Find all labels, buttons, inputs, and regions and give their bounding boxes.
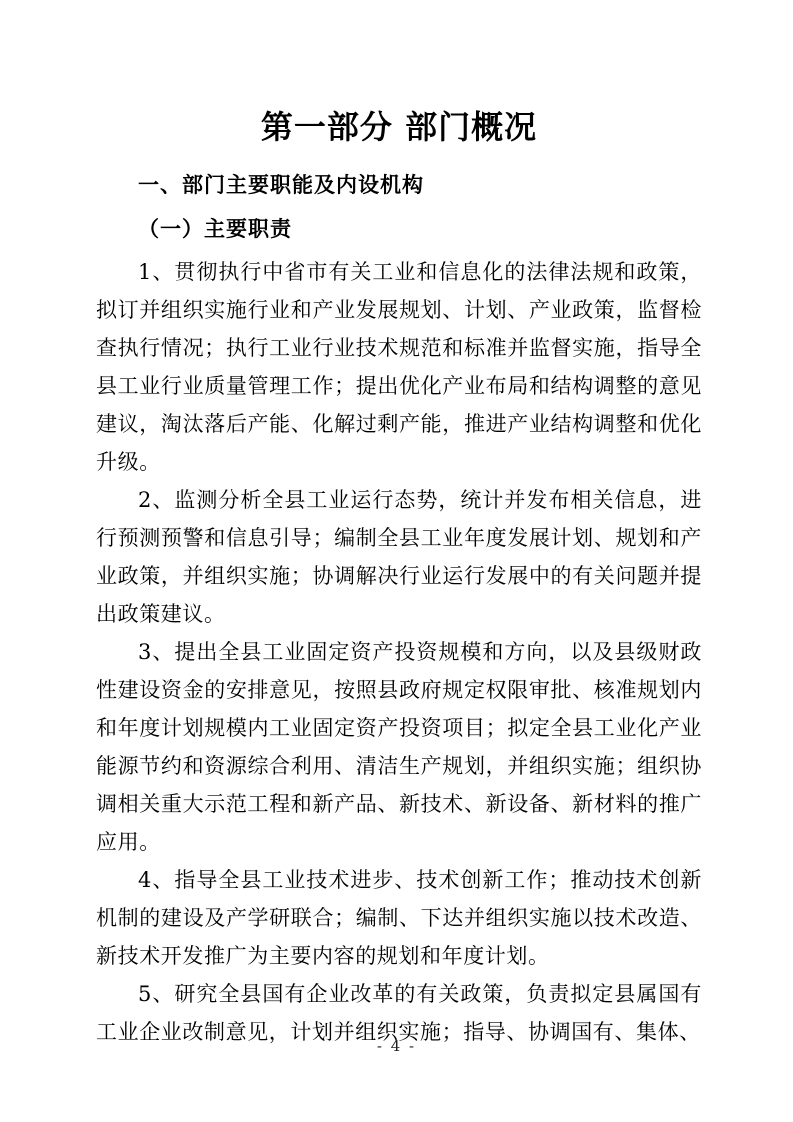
section-heading: 一、部门主要职能及内设机构: [96, 171, 702, 201]
document-page: 第一部分 部门概况 一、部门主要职能及内设机构 （一）主要职责 1、贯彻执行中省…: [0, 0, 793, 1122]
page-number: - 4 -: [0, 1036, 793, 1056]
paragraph-1: 1、贯彻执行中省市有关工业和信息化的法律法规和政策，拟订并组织实施行业和产业发展…: [96, 253, 702, 481]
paragraph-4: 4、指导全县工业技术进步、技术创新工作；推动技术创新机制的建设及产学研联合；编制…: [96, 861, 702, 975]
body-text: 1、贯彻执行中省市有关工业和信息化的法律法规和政策，拟订并组织实施行业和产业发展…: [96, 253, 702, 1051]
document-content: 第一部分 部门概况 一、部门主要职能及内设机构 （一）主要职责 1、贯彻执行中省…: [96, 0, 702, 1051]
document-title: 第一部分 部门概况: [96, 104, 702, 150]
paragraph-3: 3、提出全县工业固定资产投资规模和方向，以及县级财政性建设资金的安排意见，按照县…: [96, 633, 702, 861]
paragraph-2: 2、监测分析全县工业运行态势，统计并发布相关信息，进行预测预警和信息引导；编制全…: [96, 481, 702, 633]
subsection-heading: （一）主要职责: [96, 214, 702, 244]
